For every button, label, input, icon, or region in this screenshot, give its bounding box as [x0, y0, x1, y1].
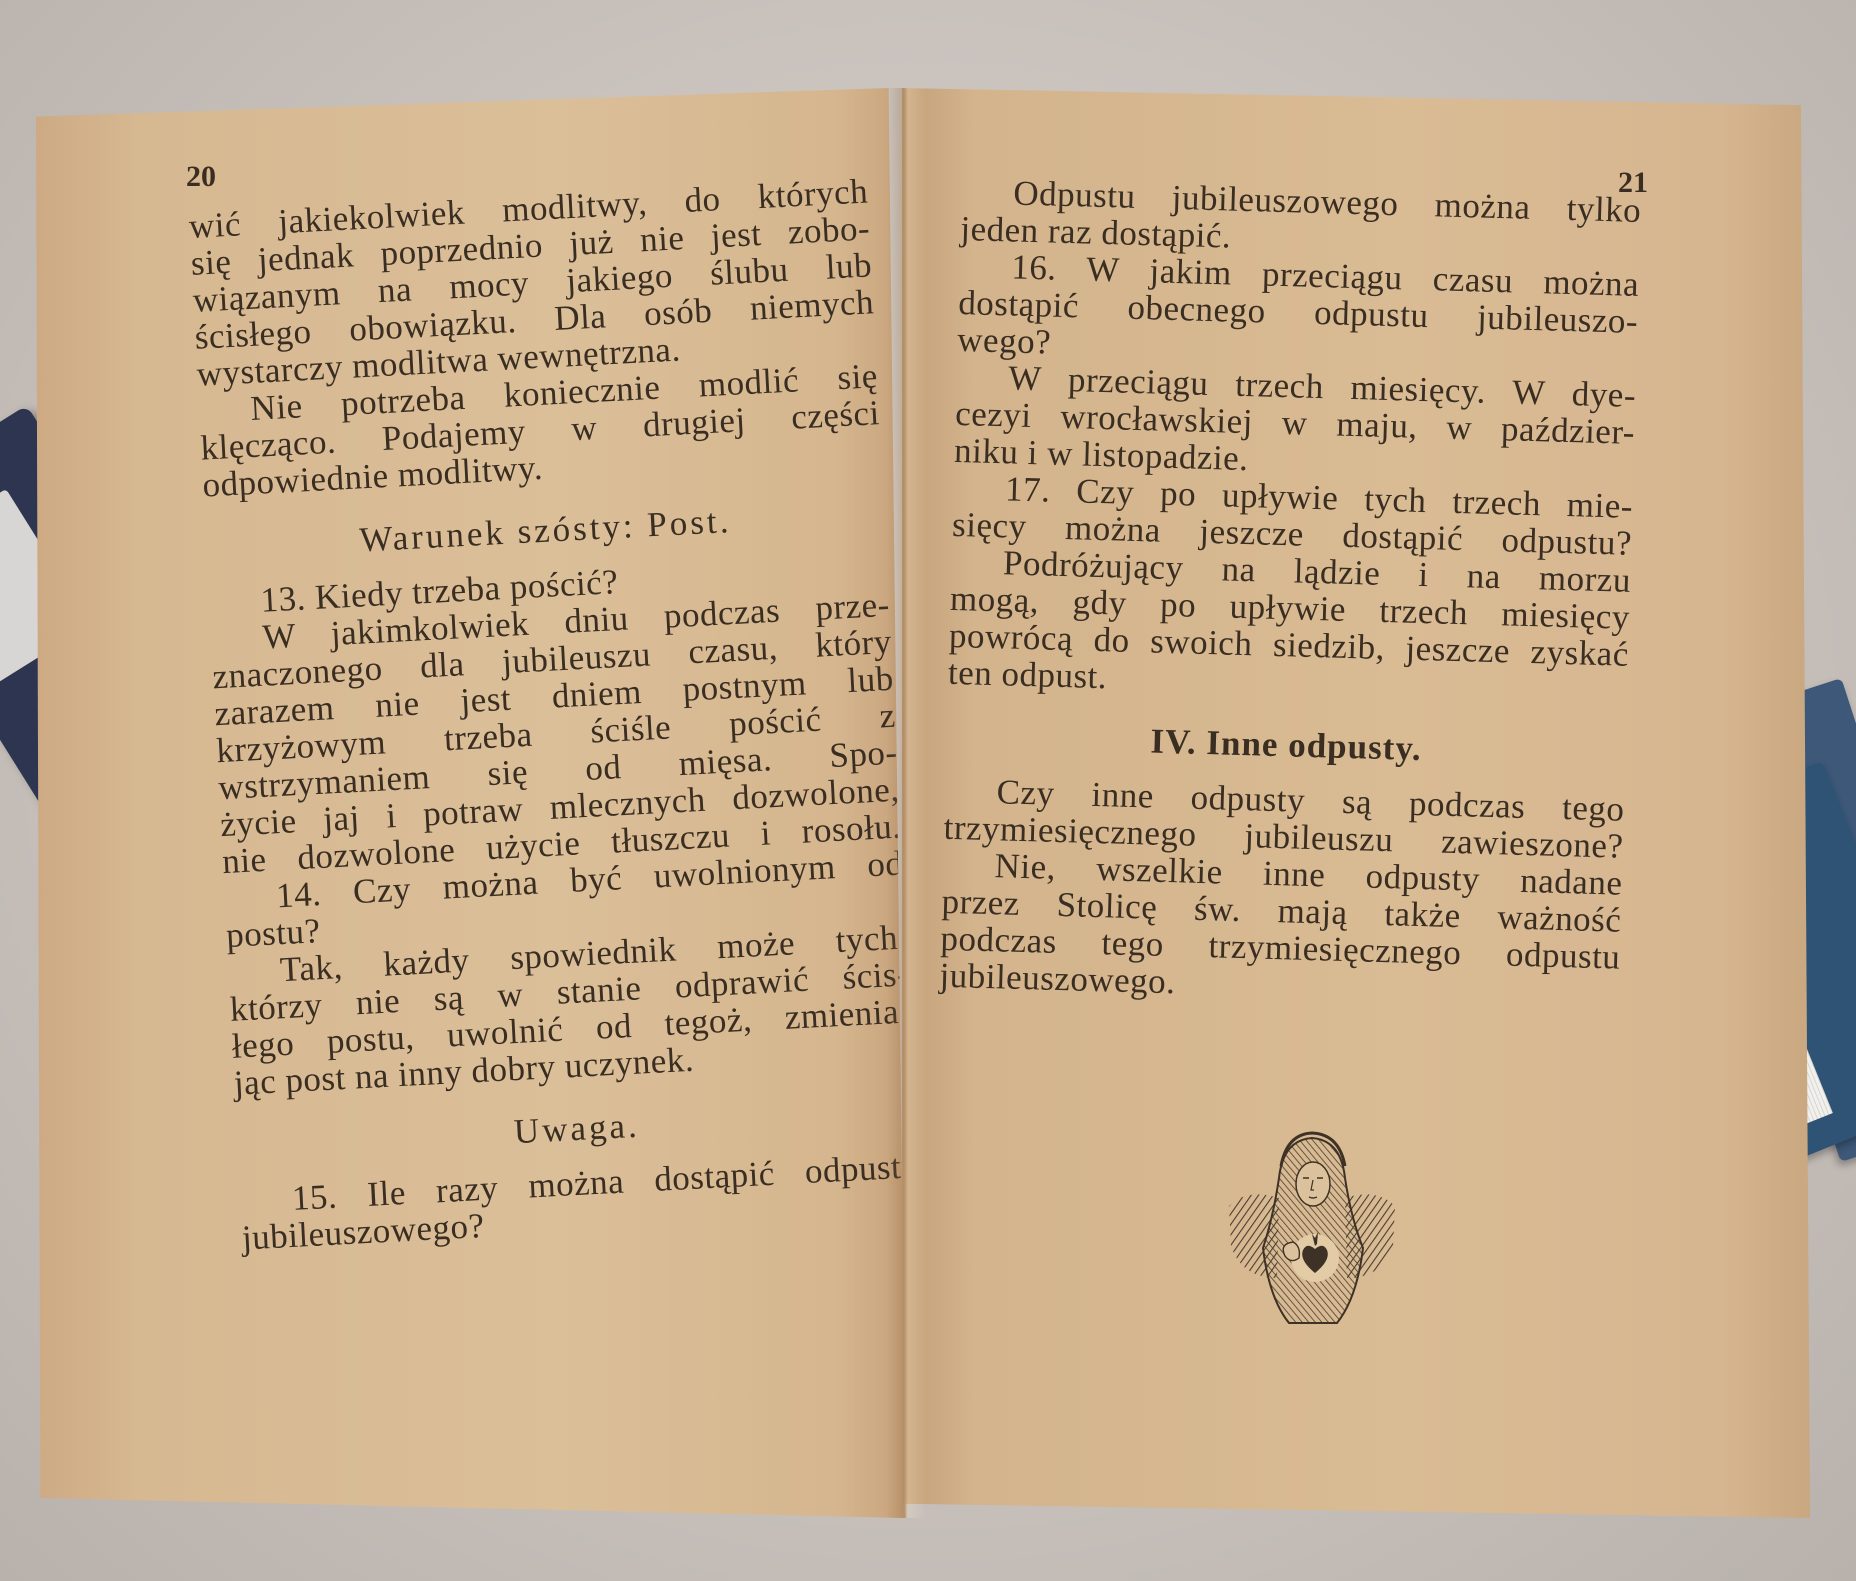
- madonna-heart-icon: [1217, 1128, 1407, 1328]
- right-page-text: Odpustu jubileuszowego można tylko jeden…: [939, 173, 1642, 1013]
- page-number-left: 20: [186, 160, 216, 194]
- right-page: 21 Odpustu jubileuszowego można tylko je…: [902, 88, 1810, 1518]
- sacred-heart-illustration: [1217, 1128, 1407, 1328]
- open-book: 20 wić jakiekolwiek modlitwy, do których…: [36, 88, 1810, 1518]
- left-page: 20 wić jakiekolwiek modlitwy, do których…: [36, 88, 906, 1518]
- left-page-text: wić jakiekolwiek modlitwy, do których si…: [188, 172, 906, 1256]
- section-heading-other-indulgences: IV. Inne odpusty.: [946, 717, 1627, 773]
